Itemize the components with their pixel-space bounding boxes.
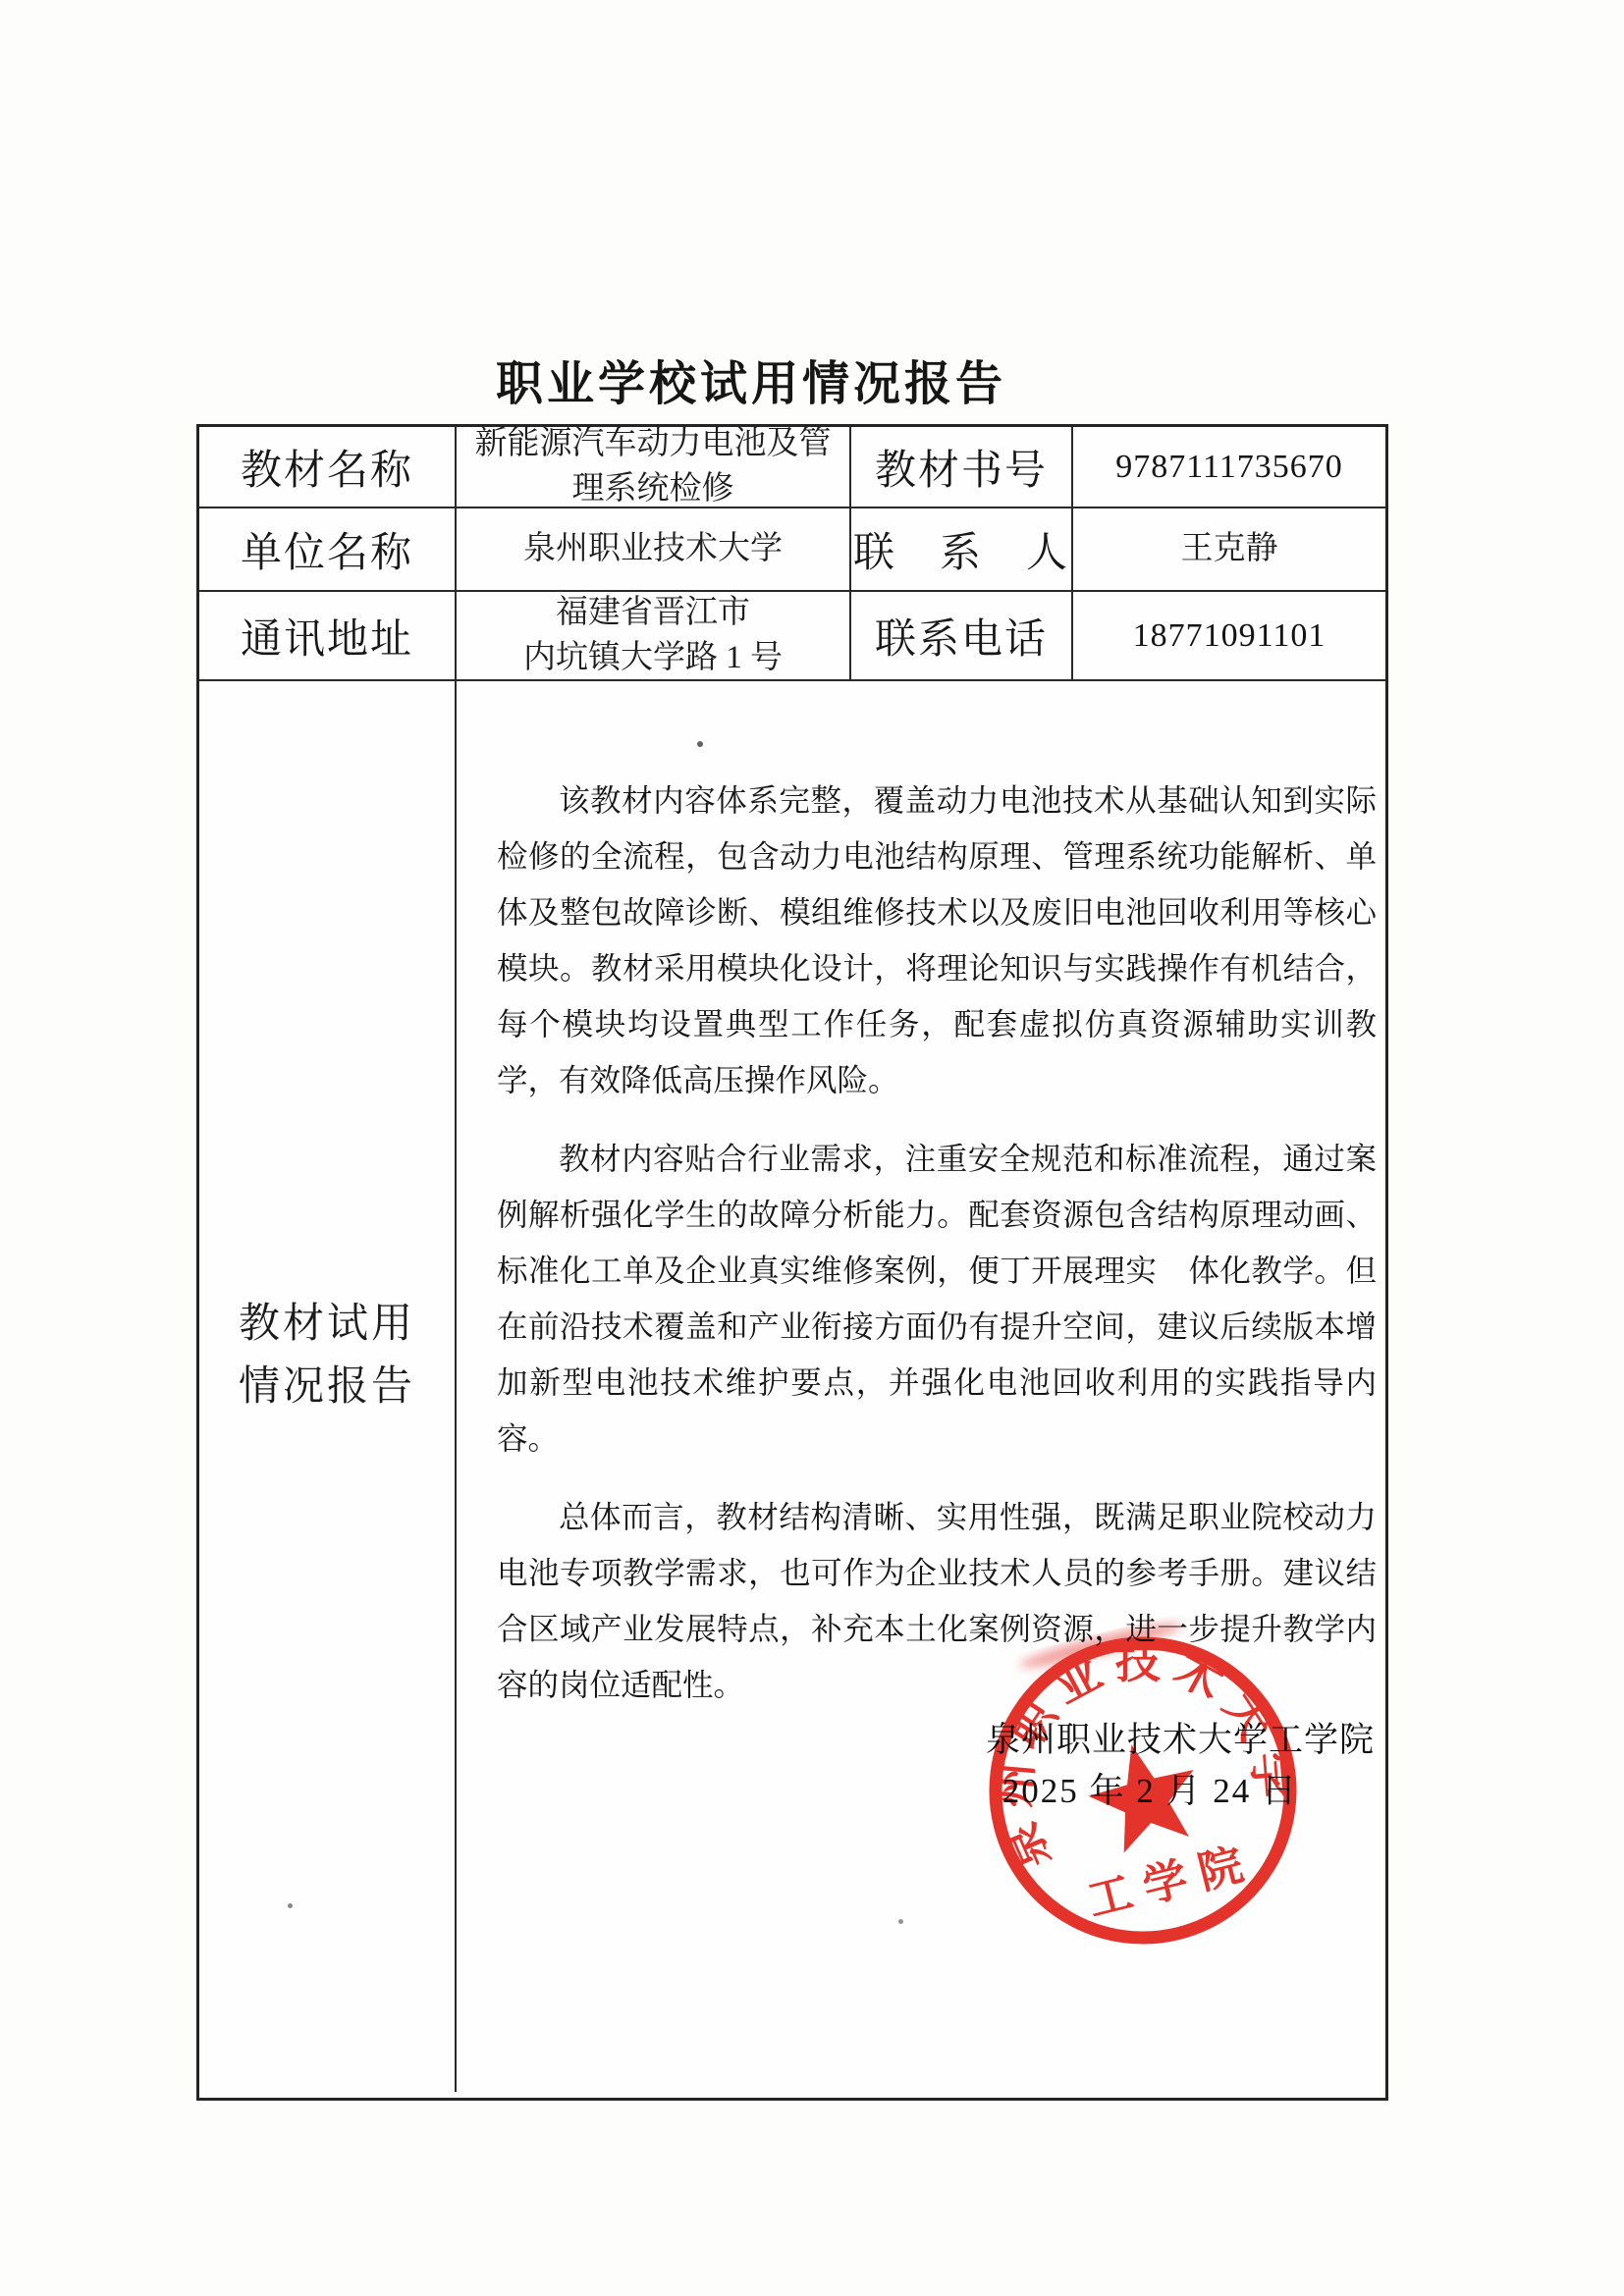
report-table: 教材名称 新能源汽车动力电池及管 理系统检修 教材书号 978711173567… <box>196 424 1388 2101</box>
address-value: 福建省晋江市 内坑镇大学路 1 号 <box>457 592 851 681</box>
phone-label: 联系电话 <box>851 592 1073 681</box>
textbook-name-label: 教材名称 <box>199 427 457 508</box>
contact-person-label: 联 系 人 <box>851 508 1073 592</box>
address-line2: 内坑镇大学路 1 号 <box>523 640 783 675</box>
report-section-label: 教材试用 情况报告 <box>199 681 457 2092</box>
scan-speck <box>697 741 703 747</box>
address-line1: 福建省晋江市 <box>556 595 750 630</box>
unit-name-value: 泉州职业技术大学 <box>457 508 851 592</box>
scan-speck <box>288 1903 293 1908</box>
textbook-name-line2: 理系统检修 <box>572 471 734 507</box>
textbook-name-value: 新能源汽车动力电池及管 理系统检修 <box>457 427 851 508</box>
seal-star-icon <box>1079 1732 1209 1857</box>
report-paragraph-1: 该教材内容体系完整，覆盖动力电池技术从基础认知到实际检修的全流程，包含动力电池结… <box>497 773 1377 1108</box>
report-paragraph-2: 教材内容贴合行业需求，注重安全规范和标准流程，通过案例解析强化学生的故障分析能力… <box>497 1131 1377 1467</box>
page-title: 职业学校试用情况报告 <box>155 346 1347 413</box>
phone-value: 18771091101 <box>1073 592 1385 681</box>
unit-name-label: 单位名称 <box>199 508 457 592</box>
book-number-value: 9787111735670 <box>1073 427 1385 508</box>
report-label-line1: 教材试用 <box>239 1293 415 1356</box>
textbook-name-line1: 新能源汽车动力电池及管 <box>475 426 832 461</box>
report-label-line2: 情况报告 <box>239 1356 415 1418</box>
scanned-report-page: 职业学校试用情况报告 教材名称 新能源汽车动力电池及管 理系统检修 教材书号 9… <box>0 0 1624 2296</box>
scan-speck <box>898 1919 903 1924</box>
book-number-label: 教材书号 <box>851 427 1073 508</box>
address-label: 通讯地址 <box>199 592 457 681</box>
contact-person-value: 王克静 <box>1073 508 1385 592</box>
report-body: 该教材内容体系完整，覆盖动力电池技术从基础认知到实际检修的全流程，包含动力电池结… <box>457 681 1385 2092</box>
